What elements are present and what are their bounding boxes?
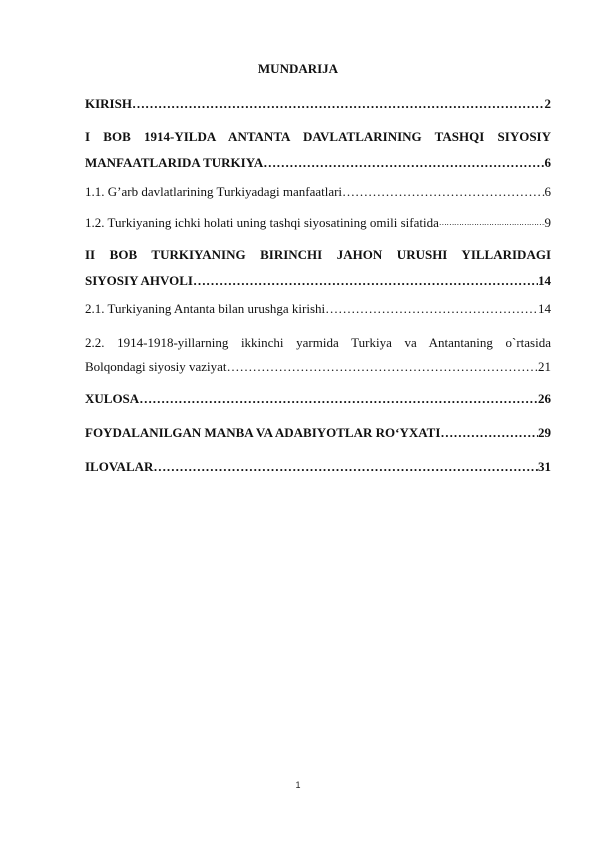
toc-page-number: 2 [545,95,552,112]
toc-page-number: 26 [538,390,551,407]
toc-entry-1-2[interactable]: 1.2. Turkiyaning ichki holati uning tash… [85,214,551,231]
toc-page-number: 14 [538,272,551,289]
toc-page-number: 6 [545,183,552,200]
toc-entry-label: KIRISH [85,95,132,112]
toc-entry-label: SIYOSIY AHVOLI [85,272,193,289]
toc-entry-2-2[interactable]: 2.2. 1914-1918-yillarning ikkinchi yarmi… [85,334,551,375]
toc-entry-label: 2.1. Turkiyaning Antanta bilan urushga k… [85,300,325,317]
toc-entry-xulosa[interactable]: XULOSA26 [85,390,551,407]
toc-page-number: 21 [538,358,551,375]
toc-entry-label: XULOSA [85,390,139,407]
toc-entry-kirish[interactable]: KIRISH2 [85,95,551,112]
toc-page-number: 31 [538,458,551,475]
toc-leader-dots [440,424,538,441]
toc-entry-label: 1.2. Turkiyaning ichki holati uning tash… [85,214,439,231]
toc-entry-chapter-2[interactable]: II BOB TURKIYANING BIRINCHI JAHON URUSHI… [85,246,551,289]
toc-entry-label: MANFAATLARIDA TURKIYA [85,154,263,171]
toc-entry-label: FOYDALANILGAN MANBA VA ADABIYOTLAR RO‘YX… [85,424,440,441]
toc-page-number: 14 [538,300,551,317]
toc-leader-dots [439,214,545,231]
toc-leader-dots [227,358,538,375]
toc-entry-chapter-1[interactable]: I BOB 1914-YILDA ANTANTA DAVLATLARINING … [85,128,551,171]
toc-entry-2-1[interactable]: 2.1. Turkiyaning Antanta bilan urushga k… [85,300,551,317]
document-page: MUNDARIJA KIRISH2 I BOB 1914-YILDA ANTAN… [0,0,596,842]
toc-leader-dots [139,390,538,407]
toc-leader-dots [153,458,538,475]
toc-leader-dots [263,154,544,171]
toc-entry-label-line1: I BOB 1914-YILDA ANTANTA DAVLATLARINING … [85,128,551,145]
toc-entry-label-line1: II BOB TURKIYANING BIRINCHI JAHON URUSHI… [85,246,551,263]
toc-leader-dots [342,183,544,200]
toc-entry-label: Bolqondagi siyosiy vaziyat [85,358,227,375]
toc-leader-dots [193,272,538,289]
toc-page-number: 9 [545,214,552,231]
toc-entry-label-line1: 2.2. 1914-1918-yillarning ikkinchi yarmi… [85,334,551,351]
toc-entry-label: 1.1. G’arb davlatlarining Turkiyadagi ma… [85,183,342,200]
toc-entry-1-1[interactable]: 1.1. G’arb davlatlarining Turkiyadagi ma… [85,183,551,200]
toc-page-number: 6 [545,154,552,171]
toc-title: MUNDARIJA [0,61,596,77]
toc-leader-dots [325,300,538,317]
toc-entry-label: ILOVALAR [85,458,153,475]
toc-leader-dots [132,95,545,112]
toc-page-number: 29 [538,424,551,441]
page-number: 1 [0,780,596,790]
toc-entry-references[interactable]: FOYDALANILGAN MANBA VA ADABIYOTLAR RO‘YX… [85,424,551,441]
toc-entry-ilovalar[interactable]: ILOVALAR31 [85,458,551,475]
